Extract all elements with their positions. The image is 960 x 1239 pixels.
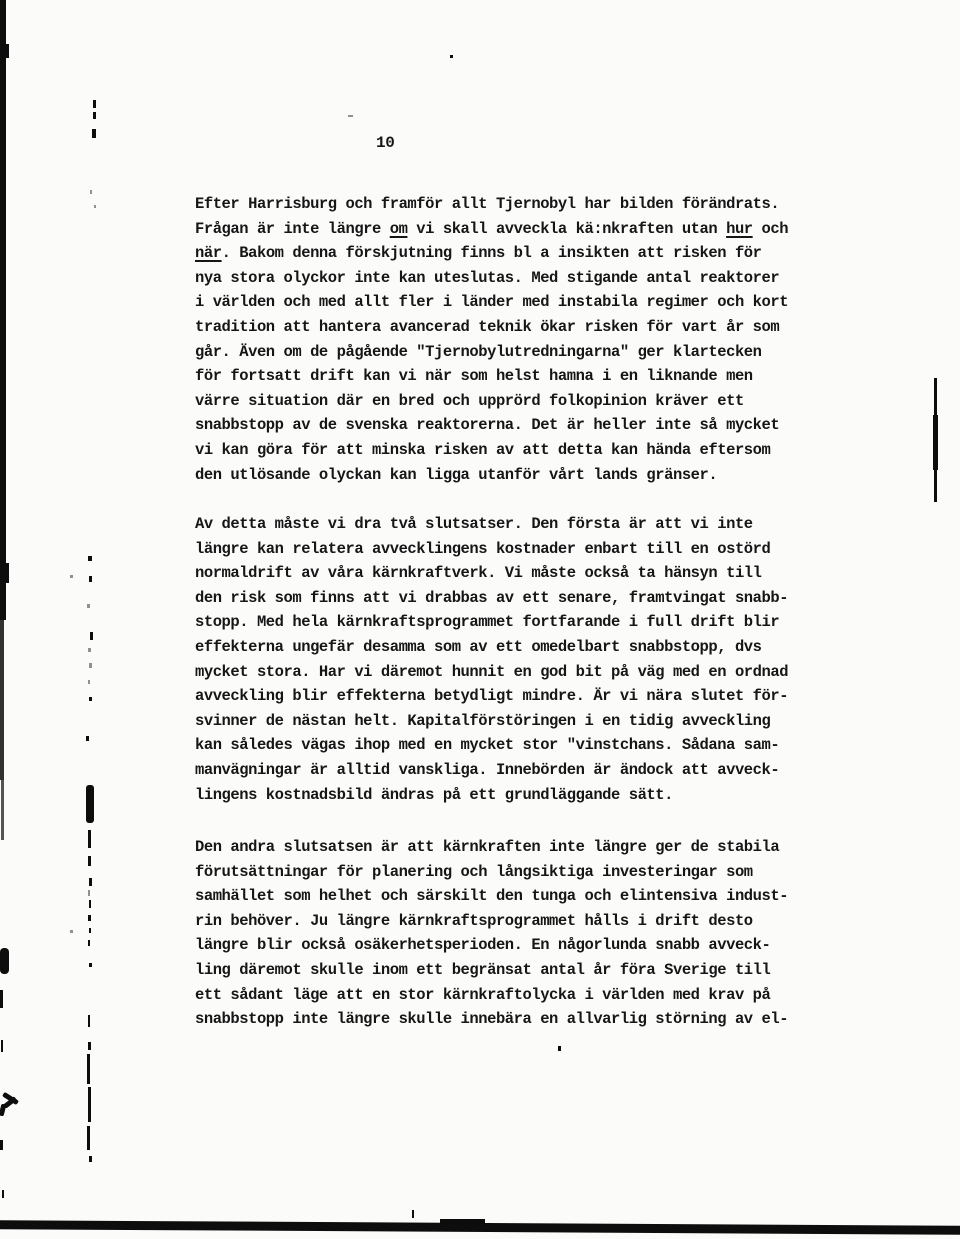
text-line: effekterna ungefär desamma som av ett om… (195, 635, 835, 660)
scan-left-edge-bar (0, 620, 4, 780)
text-line: ett sådant läge att en stor kärnkraftoly… (195, 983, 835, 1008)
scan-speck (88, 830, 91, 848)
text-line: Den andra slutsatsen är att kärnkraften … (195, 835, 835, 860)
scan-speck (92, 129, 96, 138)
scan-speck (4, 44, 9, 58)
scan-speck (87, 1054, 90, 1084)
scan-speck (934, 378, 937, 418)
text-line: längre kan relatera avvecklingens kostna… (195, 537, 835, 562)
text-line: kan således vägas ihop med en mycket sto… (195, 733, 835, 758)
text-line: i världen och med allt fler i länder med… (195, 290, 835, 315)
scan-speck (70, 575, 73, 578)
scan-speck (70, 930, 73, 933)
scan-bottom-edge-bar (0, 1220, 960, 1235)
paragraph-1: Efter Harrisburg och framför allt Tjerno… (195, 192, 835, 487)
text-line: svinner de nästan helt. Kapitalförstörin… (195, 709, 835, 734)
paragraph-2: Av detta måste vi dra två slutsatser. De… (195, 512, 835, 807)
text-line: den utlösande olyckan kan ligga utanför … (195, 463, 835, 488)
text-line: Frågan är inte längre om vi skall avveck… (195, 217, 835, 242)
scan-speck (86, 785, 94, 823)
scan-speck (93, 100, 96, 108)
scan-speck (558, 1046, 561, 1051)
scan-speck (88, 680, 90, 684)
paragraph-3: Den andra slutsatsen är att kärnkraften … (195, 835, 835, 1032)
scan-speck (88, 648, 91, 652)
scan-speck (86, 736, 89, 741)
text-line: rin behöver. Ju längre kärnkraftsprogram… (195, 909, 835, 934)
scan-speck (89, 697, 92, 701)
scan-speck (89, 576, 92, 582)
scan-speck (933, 415, 938, 470)
text-line: tradition att hantera avancerad teknik ö… (195, 315, 835, 340)
text-line: Av detta måste vi dra två slutsatser. De… (195, 512, 835, 537)
scan-left-edge-bar (1, 780, 4, 840)
scan-speck (1, 1040, 3, 1052)
text-line: värre situation där en bred och upprörd … (195, 389, 835, 414)
scan-speck (94, 205, 96, 208)
text-line: snabbstopp inte längre skulle innebära e… (195, 1007, 835, 1032)
page-number: 10 (376, 134, 394, 152)
scan-speck (89, 878, 92, 886)
text-line: ling däremot skulle inom ett begränsat a… (195, 958, 835, 983)
scan-left-edge-bar (0, 0, 6, 620)
scan-speck (88, 940, 90, 946)
text-line: manvägningar är alltid vanskliga. Innebö… (195, 758, 835, 783)
scan-speck (2, 1190, 4, 1198)
scan-speck (88, 856, 91, 866)
scan-speck (88, 890, 90, 896)
text-line: Efter Harrisburg och framför allt Tjerno… (195, 192, 835, 217)
scan-speck (90, 190, 92, 194)
scan-speck (89, 1156, 92, 1162)
text-line: går. Även om de pågående "Tjernobylutred… (195, 340, 835, 365)
text-line: avveckling blir effekterna betydligt min… (195, 684, 835, 709)
scan-speck (934, 468, 937, 502)
text-line: snabbstopp av de svenska reaktorerna. De… (195, 413, 835, 438)
scan-speck (89, 900, 91, 908)
scan-speck (89, 928, 91, 933)
scan-speck (4, 563, 9, 583)
scan-speck (88, 1042, 91, 1050)
text-line: längre blir också osäkerhetsperioden. En… (195, 933, 835, 958)
scan-speck (88, 556, 92, 561)
scan-speck (88, 915, 91, 921)
scan-speck (88, 1015, 90, 1027)
scan-speck (90, 632, 93, 640)
scan-speck (348, 115, 353, 117)
document-page: 10 Efter Harrisburg och framför allt Tje… (0, 0, 960, 1239)
scan-speck (0, 948, 9, 974)
text-line: nya stora olyckor inte kan uteslutas. Me… (195, 266, 835, 291)
scan-speck (93, 112, 96, 119)
text-line: stopp. Med hela kärnkraftsprogrammet for… (195, 610, 835, 635)
text-line: lingens kostnadsbild ändras på ett grund… (195, 783, 835, 808)
scan-speck (88, 1087, 91, 1122)
scan-speck (87, 1126, 90, 1150)
scan-speck (450, 55, 453, 58)
text-line: mycket stora. Har vi däremot hunnit en g… (195, 660, 835, 685)
text-line: vi kan göra för att minska risken av att… (195, 438, 835, 463)
scan-speck (89, 963, 92, 967)
handwritten-mark (0, 1090, 26, 1120)
text-line: den risk som finns att vi drabbas av ett… (195, 586, 835, 611)
scan-speck (0, 1140, 3, 1150)
scan-speck (412, 1210, 414, 1218)
scan-speck (87, 604, 90, 608)
text-line: normaldrift av våra kärnkraftverk. Vi må… (195, 561, 835, 586)
text-line: förutsättningar för planering och långsi… (195, 860, 835, 885)
scan-speck (89, 663, 92, 668)
text-line: samhället som helhet och särskilt den tu… (195, 884, 835, 909)
text-line: när. Bakom denna förskjutning finns bl a… (195, 241, 835, 266)
scan-speck (0, 990, 3, 1008)
text-line: för fortsatt drift kan vi när som helst … (195, 364, 835, 389)
